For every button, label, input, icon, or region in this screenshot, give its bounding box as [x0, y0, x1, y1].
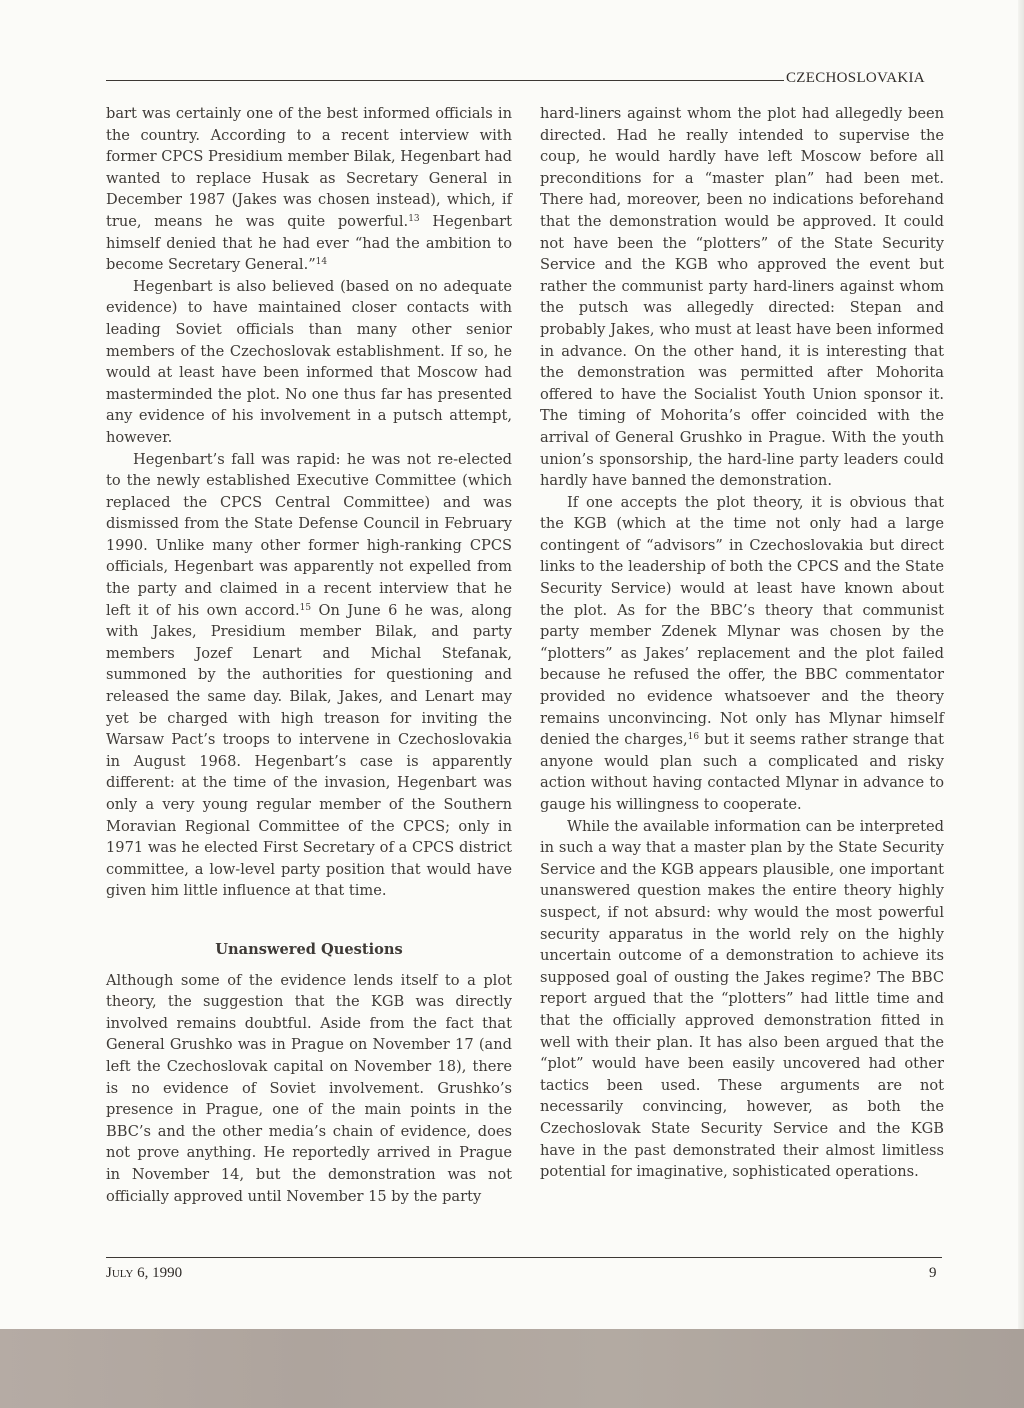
footnote-ref[interactable]: 15	[300, 603, 311, 613]
paragraph-text: Hegenbart’s fall was rapid: he was not r…	[106, 451, 512, 619]
paragraph-text: If one accepts the plot theory, it is ob…	[540, 494, 944, 749]
scanner-bed-strip	[0, 1329, 1024, 1408]
paragraph: If one accepts the plot theory, it is ob…	[540, 492, 944, 816]
footer-date: July 6, 1990	[106, 1265, 182, 1282]
footnote-ref[interactable]: 14	[316, 257, 327, 267]
footnote-ref[interactable]: 16	[688, 732, 699, 742]
paragraph: bart was certainly one of the best infor…	[106, 103, 512, 276]
page-number: 9	[929, 1265, 937, 1282]
footnote-ref[interactable]: 13	[408, 214, 419, 224]
header-rule	[106, 80, 784, 81]
right-column: hard-liners against whom the plot had al…	[540, 103, 944, 1183]
footer-rule	[106, 1257, 942, 1258]
running-head: CZECHOSLOVAKIA	[786, 70, 925, 87]
paragraph: Hegenbart is also believed (based on no …	[106, 276, 512, 449]
paragraph: hard-liners against whom the plot had al…	[540, 103, 944, 492]
scan-edge	[1018, 0, 1024, 1329]
paragraph: Although some of the evidence lends itse…	[106, 970, 512, 1208]
paragraph: While the available information can be i…	[540, 816, 944, 1183]
paragraph: Hegenbart’s fall was rapid: he was not r…	[106, 449, 512, 902]
left-column: bart was certainly one of the best infor…	[106, 103, 512, 1207]
paragraph-text: bart was certainly one of the best infor…	[106, 105, 512, 230]
paragraph-text: On June 6 he was, along with Jakes, Pres…	[106, 602, 512, 900]
section-heading: Unanswered Questions	[106, 939, 512, 961]
